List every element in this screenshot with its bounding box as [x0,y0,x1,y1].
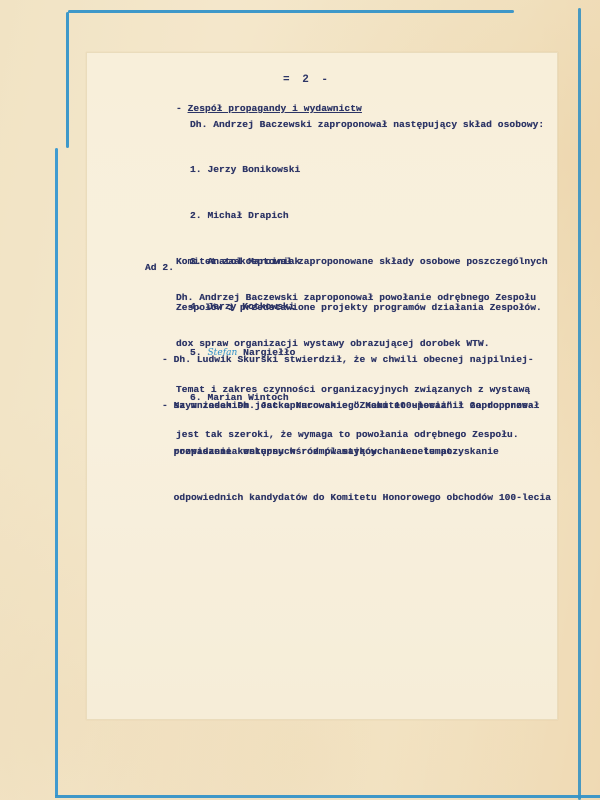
point-nurowski: - Na wniosek Dh. Jacka Nurowskiego Komit… [162,368,551,520]
pen-border-left-upper [66,12,69,148]
paragraph-line: - Dh. Ludwik Skurski stwierdził, że w ch… [162,352,539,367]
page-number: = 2 - [283,74,331,86]
paragraph-line: prowadzenia wstępnych rozmów mających na… [162,444,551,459]
pen-border-right [578,8,581,800]
paragraph-line: odpowiednich kandydatów do Komitetu Hono… [162,490,551,505]
pen-border-bottom [55,795,600,798]
paragraph-line: Dh. Andrzej Baczewski zaproponował powoł… [176,290,536,305]
section-heading: - Zespół propagandy i wydawnictw [176,101,362,116]
list-item: 1. Jerzy Bonikowski [190,162,300,177]
pen-border-top [68,10,514,13]
paragraph-line: - Na wniosek Dh. Jacka Nurowskiego Komit… [162,398,551,413]
list-item: 2. Michał Drapich [190,208,300,223]
agenda-item-label: Ad 2. [145,260,174,275]
intro-line: Dh. Andrzej Baczewski zaproponował nastę… [190,117,544,132]
heading-dash: - [176,103,188,114]
pen-border-left [55,148,58,796]
section-heading-title: Zespół propagandy i wydawnictw [188,103,362,114]
